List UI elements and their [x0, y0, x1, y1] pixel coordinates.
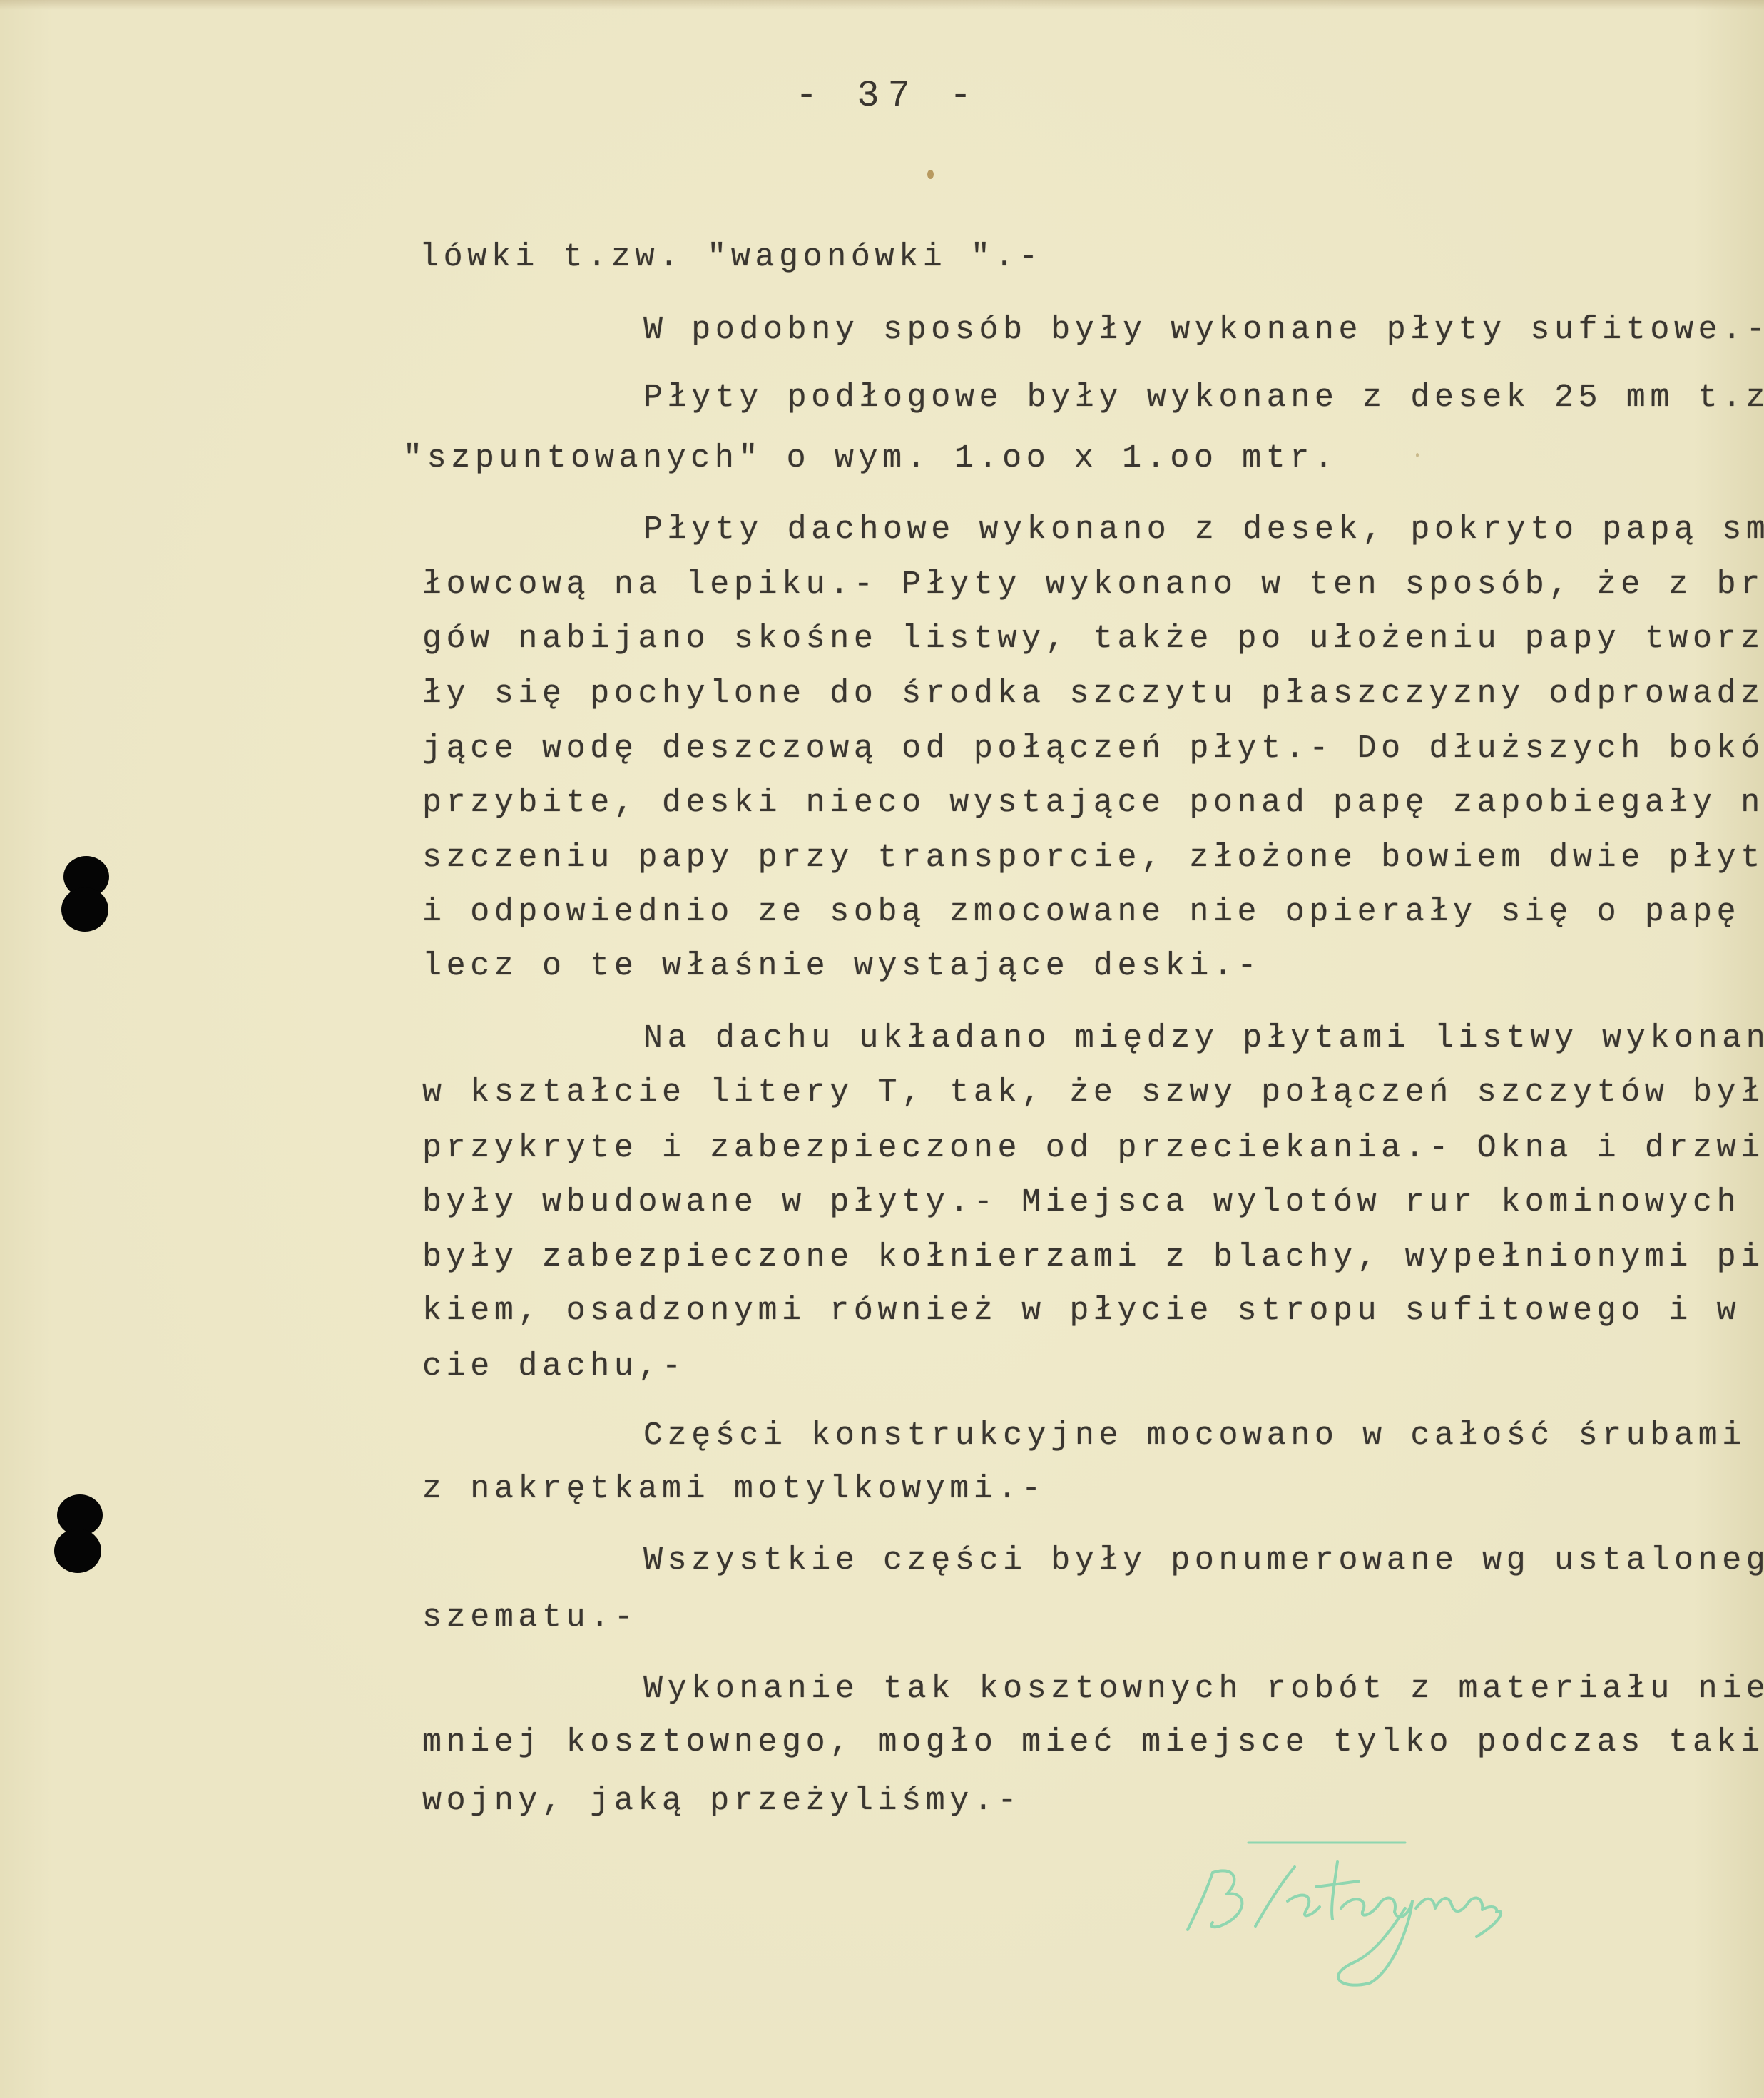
upper-punch-hole [61, 856, 111, 949]
lower-punch-hole [54, 1494, 104, 1587]
text-line: były zabezpieczone kołnierzami z blachy,… [422, 1241, 1764, 1273]
paper-speck [1416, 453, 1419, 457]
text-line: "szpuntowanych" o wym. 1.oo x 1.oo mtr. [403, 442, 1338, 474]
text-line: Części konstrukcyjne mocowano w całość ś… [643, 1420, 1746, 1452]
text-line: szczeniu papy przy transporcie, złożone … [422, 842, 1764, 874]
text-line: lecz o te właśnie wystające deski.- [422, 950, 1261, 982]
page-number: - 37 - [795, 75, 980, 117]
text-line: z nakrętkami motylkowymi.- [422, 1473, 1046, 1505]
text-line: Płyty dachowe wykonano z desek, pokryto … [643, 514, 1764, 546]
text-line: W podobny sposób były wykonane płyty suf… [643, 314, 1764, 346]
text-line: Na dachu układano między płytami listwy … [643, 1022, 1764, 1054]
text-line: i odpowiednio ze sobą zmocowane nie opie… [422, 896, 1740, 928]
text-line: przykryte i zabezpieczone od przeciekani… [422, 1132, 1764, 1164]
text-line: w kształcie litery T, tak, że szwy połąc… [422, 1076, 1764, 1109]
text-line: mniej kosztownego, mogło mieć miejsce ty… [422, 1726, 1764, 1758]
text-line: kiem, osadzonymi również w płycie stropu… [422, 1295, 1764, 1327]
text-line: gów nabijano skośne listwy, także po uło… [422, 623, 1764, 655]
text-line: szematu.- [422, 1601, 638, 1634]
text-line: łowcową na lepiku.- Płyty wykonano w ten… [422, 569, 1764, 601]
text-line: przybite, deski nieco wystające ponad pa… [422, 787, 1764, 819]
text-line: wojny, jaką przeżyliśmy.- [422, 1785, 1021, 1817]
text-line: Płyty podłogowe były wykonane z desek 25… [643, 382, 1764, 414]
text-line: ły się pochylone do środka szczytu płasz… [422, 678, 1764, 710]
signature [1163, 1823, 1705, 2008]
text-line: Wszystkie części były ponumerowane wg us… [643, 1544, 1764, 1577]
text-line: Wykonanie tak kosztownych robót z materi… [643, 1673, 1764, 1705]
paper-speck [927, 170, 934, 179]
text-line: jące wodę deszczową od połączeń płyt.- D… [422, 733, 1764, 765]
document-page: - 37 - lówki t.zw. "wagonówki ".- W podo… [0, 0, 1764, 2098]
text-line: lówki t.zw. "wagonówki ".- [419, 241, 1043, 273]
text-line: były wbudowane w płyty.- Miejsca wylotów… [422, 1186, 1740, 1218]
text-line: cie dachu,- [422, 1350, 686, 1382]
